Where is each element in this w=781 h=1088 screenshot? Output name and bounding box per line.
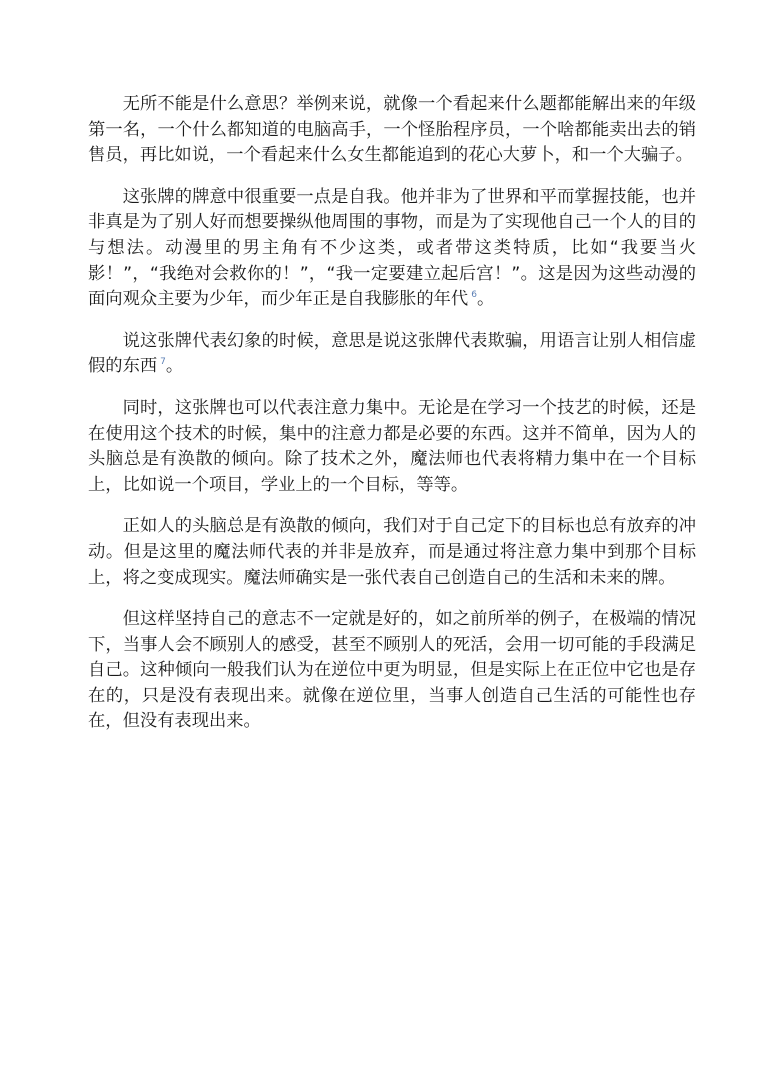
paragraph-tail: 。 bbox=[477, 289, 494, 309]
paragraph-4: 同时，这张牌也可以代表注意力集中。无论是在学习一个技艺的时候，还是在使用这个技术… bbox=[88, 396, 696, 498]
paragraph-text: 同时，这张牌也可以代表注意力集中。无论是在学习一个技艺的时候，还是在使用这个技术… bbox=[88, 398, 696, 495]
paragraph-5: 正如人的头脑总是有涣散的倾向，我们对于自己定下的目标也总有放弃的冲动。但是这里的… bbox=[88, 514, 696, 591]
paragraph-tail: 。 bbox=[166, 356, 183, 376]
paragraph-2: 这张牌的牌意中很重要一点是自我。他并非为了世界和平而掌握技能，也并非真是为了别人… bbox=[88, 185, 696, 313]
paragraph-text: 这张牌的牌意中很重要一点是自我。他并非为了世界和平而掌握技能，也并非真是为了别人… bbox=[88, 187, 696, 309]
paragraph-1: 无所不能是什么意思？举例来说，就像一个看起来什么题都能解出来的年级第一名，一个什… bbox=[88, 92, 696, 169]
paragraph-text: 但这样坚持自己的意志不一定就是好的，如之前所举的例子，在极端的情况下，当事人会不… bbox=[88, 609, 696, 731]
paragraph-6: 但这样坚持自己的意志不一定就是好的，如之前所举的例子，在极端的情况下，当事人会不… bbox=[88, 607, 696, 735]
paragraph-text: 无所不能是什么意思？举例来说，就像一个看起来什么题都能解出来的年级第一名，一个什… bbox=[88, 94, 696, 165]
document-page: 无所不能是什么意思？举例来说，就像一个看起来什么题都能解出来的年级第一名，一个什… bbox=[88, 92, 696, 751]
paragraph-3: 说这张牌代表幻象的时候，意思是说这张牌代表欺骗，用语言让别人相信虚假的东西7。 bbox=[88, 329, 696, 380]
paragraph-text: 正如人的头脑总是有涣散的倾向，我们对于自己定下的目标也总有放弃的冲动。但是这里的… bbox=[88, 516, 696, 587]
